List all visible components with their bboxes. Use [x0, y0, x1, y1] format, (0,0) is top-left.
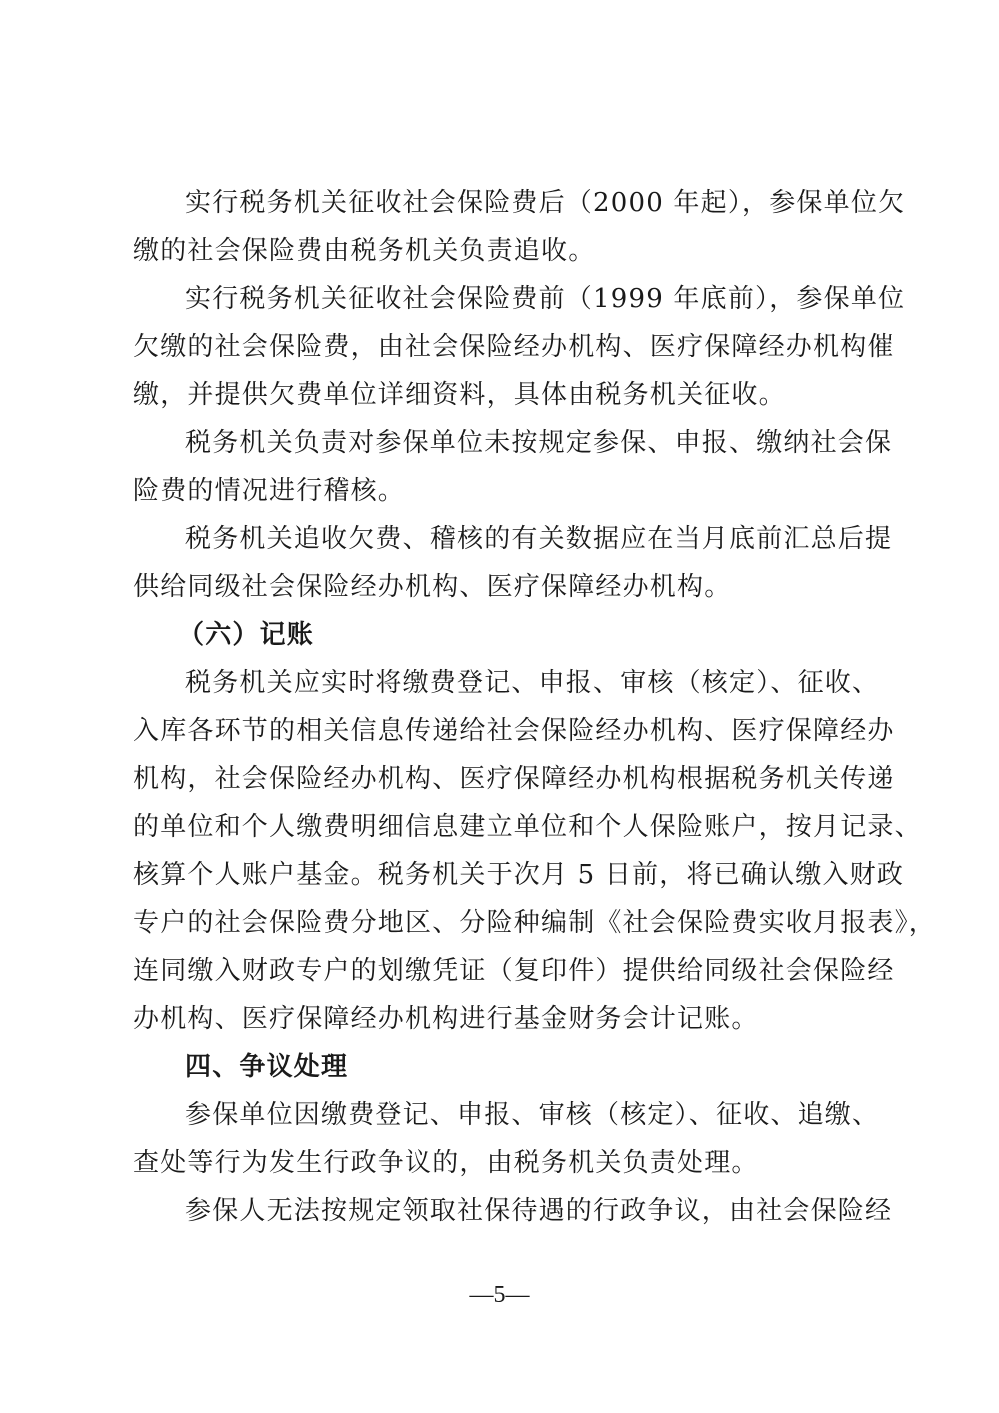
paragraph-line: 参保人无法按规定领取社保待遇的行政争议，由社会保险经: [185, 1195, 885, 1227]
paragraph-line: 欠缴的社会保险费，由社会保险经办机构、医疗保障经办机构催: [133, 331, 883, 363]
paragraph-line: 实行税务机关征收社会保险费后（2000 年起），参保单位欠: [185, 187, 885, 219]
paragraph-line: 税务机关负责对参保单位未按规定参保、申报、缴纳社会保: [185, 427, 885, 459]
paragraph-line: 税务机关追收欠费、稽核的有关数据应在当月底前汇总后提: [185, 523, 885, 555]
page-number: —5—: [0, 1282, 999, 1309]
paragraph-line: 参保单位因缴费登记、申报、审核（核定）、征收、追缴、: [185, 1099, 885, 1131]
document-page: 实行税务机关征收社会保险费后（2000 年起），参保单位欠 缴的社会保险费由税务…: [0, 0, 999, 1413]
paragraph-line: 供给同级社会保险经办机构、医疗保障经办机构。: [133, 571, 883, 603]
paragraph-line: 查处等行为发生行政争议的，由税务机关负责处理。: [133, 1147, 883, 1179]
paragraph-line: 入库各环节的相关信息传递给社会保险经办机构、医疗保障经办: [133, 715, 883, 747]
paragraph-line: 的单位和个人缴费明细信息建立单位和个人保险账户，按月记录、: [133, 811, 883, 843]
paragraph-line: 办机构、医疗保障经办机构进行基金财务会计记账。: [133, 1003, 883, 1035]
paragraph-line: 机构，社会保险经办机构、医疗保障经办机构根据税务机关传递: [133, 763, 883, 795]
paragraph-line: 连同缴入财政专户的划缴凭证（复印件）提供给同级社会保险经: [133, 955, 883, 987]
paragraph-line: 实行税务机关征收社会保险费前（1999 年底前），参保单位: [185, 283, 885, 315]
paragraph-line: 险费的情况进行稽核。: [133, 475, 883, 507]
paragraph-line: 缴，并提供欠费单位详细资料，具体由税务机关征收。: [133, 379, 883, 411]
paragraph-line: 税务机关应实时将缴费登记、申报、审核（核定）、征收、: [185, 667, 885, 699]
section-heading-bookkeeping: （六）记账: [178, 619, 878, 651]
section-heading-dispute-handling: 四、争议处理: [185, 1051, 885, 1083]
paragraph-line: 专户的社会保险费分地区、分险种编制《社会保险费实收月报表》，: [133, 907, 883, 939]
paragraph-line: 核算个人账户基金。税务机关于次月 5 日前，将已确认缴入财政: [133, 859, 883, 891]
paragraph-line: 缴的社会保险费由税务机关负责追收。: [133, 235, 883, 267]
